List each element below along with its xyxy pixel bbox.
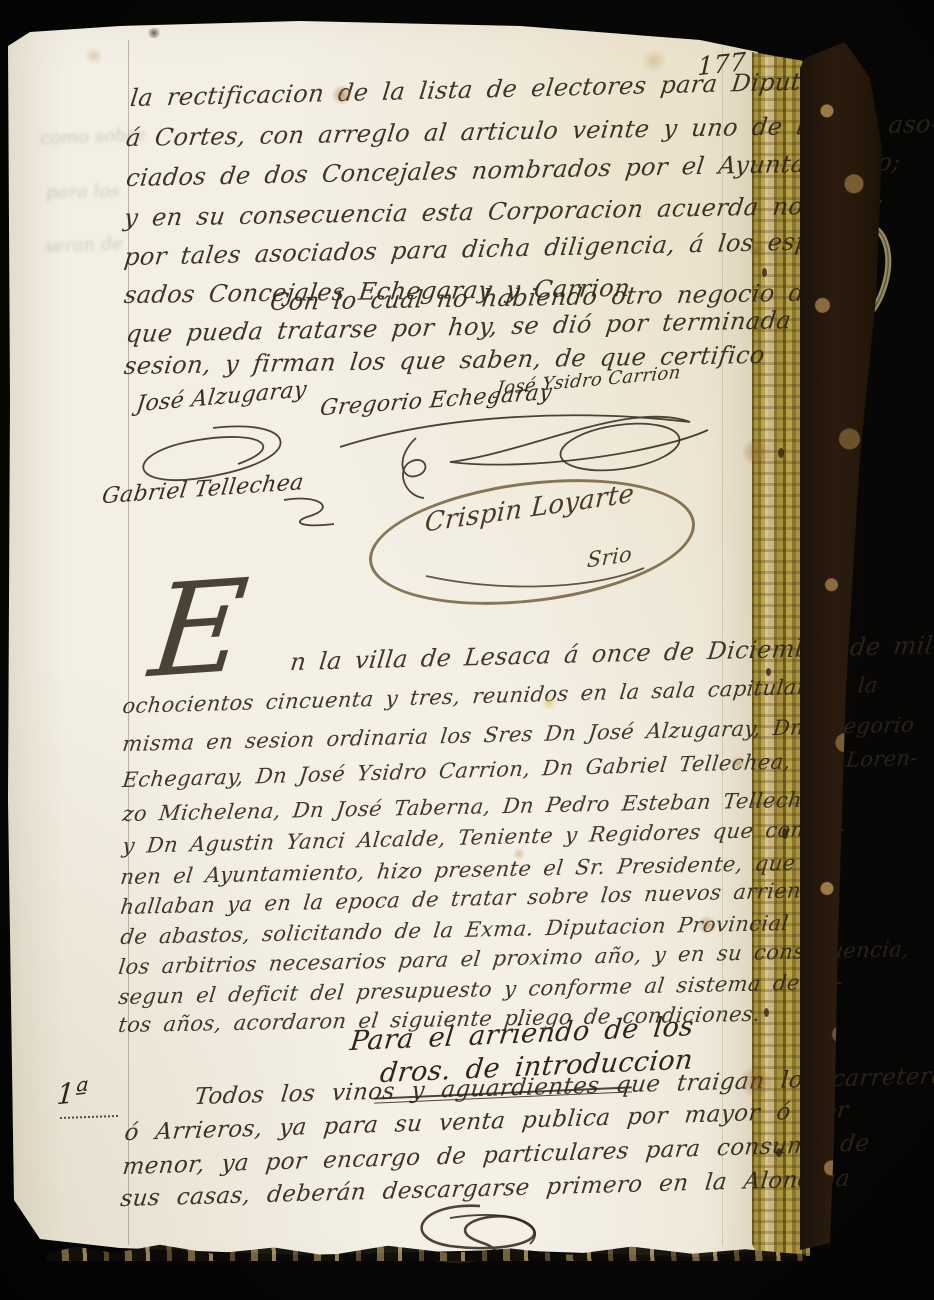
- clause-number: 1ª: [56, 1075, 90, 1112]
- decorative-initial: E: [145, 563, 253, 697]
- ink-showthrough: seran de: [44, 233, 123, 257]
- signature-flourish: [280, 494, 340, 530]
- photographed-manuscript-page: 177 como sobre para los seran de la rect…: [0, 0, 934, 1300]
- ink-showthrough: para los: [46, 181, 120, 203]
- signature-flourish: [330, 392, 720, 482]
- signature-flourish: [420, 556, 650, 596]
